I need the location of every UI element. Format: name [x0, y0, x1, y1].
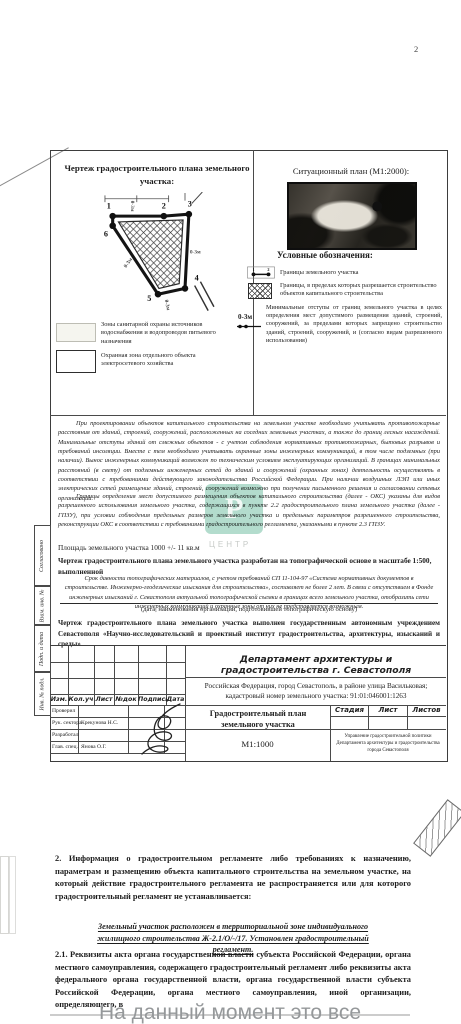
offset-label-bottom: 0-3м: [163, 299, 171, 311]
icon-num-1: 1: [252, 267, 254, 272]
offset-label-top: 0-3м: [129, 201, 135, 212]
watermark-word: ЦЕНТР: [209, 540, 251, 549]
land-plot-drawing: 1 2 3 4 5 6 0-3м 0-3м 0-3м 0-3м: [73, 192, 243, 327]
plan-drawing-title: Чертеж градостроительного плана земельно…: [62, 162, 252, 188]
vertex-label-4: 4: [195, 274, 199, 283]
margin-label: Инв. № подл.: [40, 677, 46, 710]
overlay-end-text: На данный момент это все: [55, 1001, 405, 1024]
tb-department: Департамент архитектуры и градостроитель…: [190, 654, 442, 676]
watermark-logo: Р: [205, 484, 263, 534]
sanitary-zone-icon: [56, 323, 96, 342]
legend-buildable-label: Границы, в пределах которых разрешается …: [280, 282, 442, 299]
tb-role-3: Глав. спец.: [52, 744, 78, 750]
watermark-letter: Р: [225, 492, 243, 526]
page-number: 2: [414, 44, 418, 54]
scanned-document-page: 2 Согласовано Взам. инв. № Подп. и дата …: [0, 0, 461, 1024]
vertex-label-1: 1: [107, 201, 111, 210]
offset-label-right: 0-3м: [190, 250, 201, 256]
power-zone-icon: [56, 350, 96, 373]
frame-row-divider: [50, 415, 446, 416]
tb-header-list: Лист: [94, 696, 114, 703]
vertex-label-5: 5: [147, 294, 151, 303]
buildable-zone-icon: [248, 283, 272, 299]
vertex-label-2: 2: [162, 201, 166, 210]
road-lines: [195, 282, 214, 311]
tb-name-3: Янова О.Г.: [81, 744, 106, 750]
min-offset-icon-label: 0-3м: [238, 313, 252, 321]
margin-label: Согласовано: [40, 540, 46, 572]
topright-tick: [192, 192, 203, 204]
plot-boundary-icon: 1 2: [247, 266, 275, 279]
buildable-area-hatch: [118, 220, 183, 288]
tb-org: Управление градостроительной политики Де…: [333, 733, 443, 754]
vertex-label-6: 6: [104, 229, 108, 238]
tb-scale: М1:1000: [185, 739, 330, 749]
tb-name-1: Крекунова Н.С.: [81, 720, 118, 726]
icon-num-2: 2: [267, 267, 269, 272]
tb-header-izm: Изм.: [50, 696, 68, 703]
legend-sanitary-label: Зоны санитарной охраны источников водосн…: [101, 321, 223, 346]
legend-boundary-label: Границы земельного участка: [280, 269, 420, 277]
scan-edge-box-2: [9, 856, 16, 934]
margin-label: Подп. и дата: [40, 631, 46, 665]
section2-paragraph: 2. Информация о градостроительном реглам…: [55, 853, 411, 903]
title-block: Изм. Кол.уч Лист №док Подпись Дата Прове…: [50, 645, 446, 761]
margin-box-podp-data: Подп. и дата: [34, 624, 51, 673]
tb-location: Российская Федерация, город Севастополь,…: [192, 681, 440, 701]
legend-min-offset-label: Минимальные отступы от границ земельного…: [266, 304, 442, 345]
adjacent-sheet-fragment: [413, 799, 461, 857]
scale-bracket: [105, 193, 185, 202]
tb-list-header: Лист: [369, 706, 407, 714]
signature-scribble: [132, 698, 187, 760]
caption-rule: [60, 603, 438, 604]
scan-edge-box: [0, 856, 9, 934]
tb-header-koluch: Кол.уч: [68, 696, 94, 703]
offset-label-left: 0-3м: [123, 257, 134, 270]
situational-map-image: [287, 182, 417, 250]
tb-listov-header: Листов: [407, 706, 446, 714]
legend-title: Условные обозначения:: [277, 250, 447, 260]
tb-role-0: Проверил: [52, 708, 75, 714]
margin-box-vzam-inv: Взам. инв. №: [34, 585, 51, 626]
margin-box-inv-podl: Инв. № подл.: [34, 671, 51, 716]
situational-plan-title: Ситуационный план (М1:2000):: [262, 166, 440, 176]
tb-doc-title: Градостроительный план земельного участк…: [190, 708, 326, 730]
legend-power-label: Охранная зона отдельного объекта электро…: [101, 352, 236, 369]
min-offset-icon: [236, 323, 262, 330]
vertex-label-3: 3: [188, 199, 192, 208]
tb-role-1: Рук. сектора: [52, 720, 82, 726]
topo-caption: (дата, наименования организации, подгото…: [58, 606, 440, 613]
tb-stage-header: Стадия: [330, 706, 369, 714]
tb-role-2: Разработал: [52, 732, 79, 738]
margin-box-soglasovano: Согласовано: [34, 525, 51, 587]
margin-label: Взам. инв. №: [40, 589, 46, 622]
